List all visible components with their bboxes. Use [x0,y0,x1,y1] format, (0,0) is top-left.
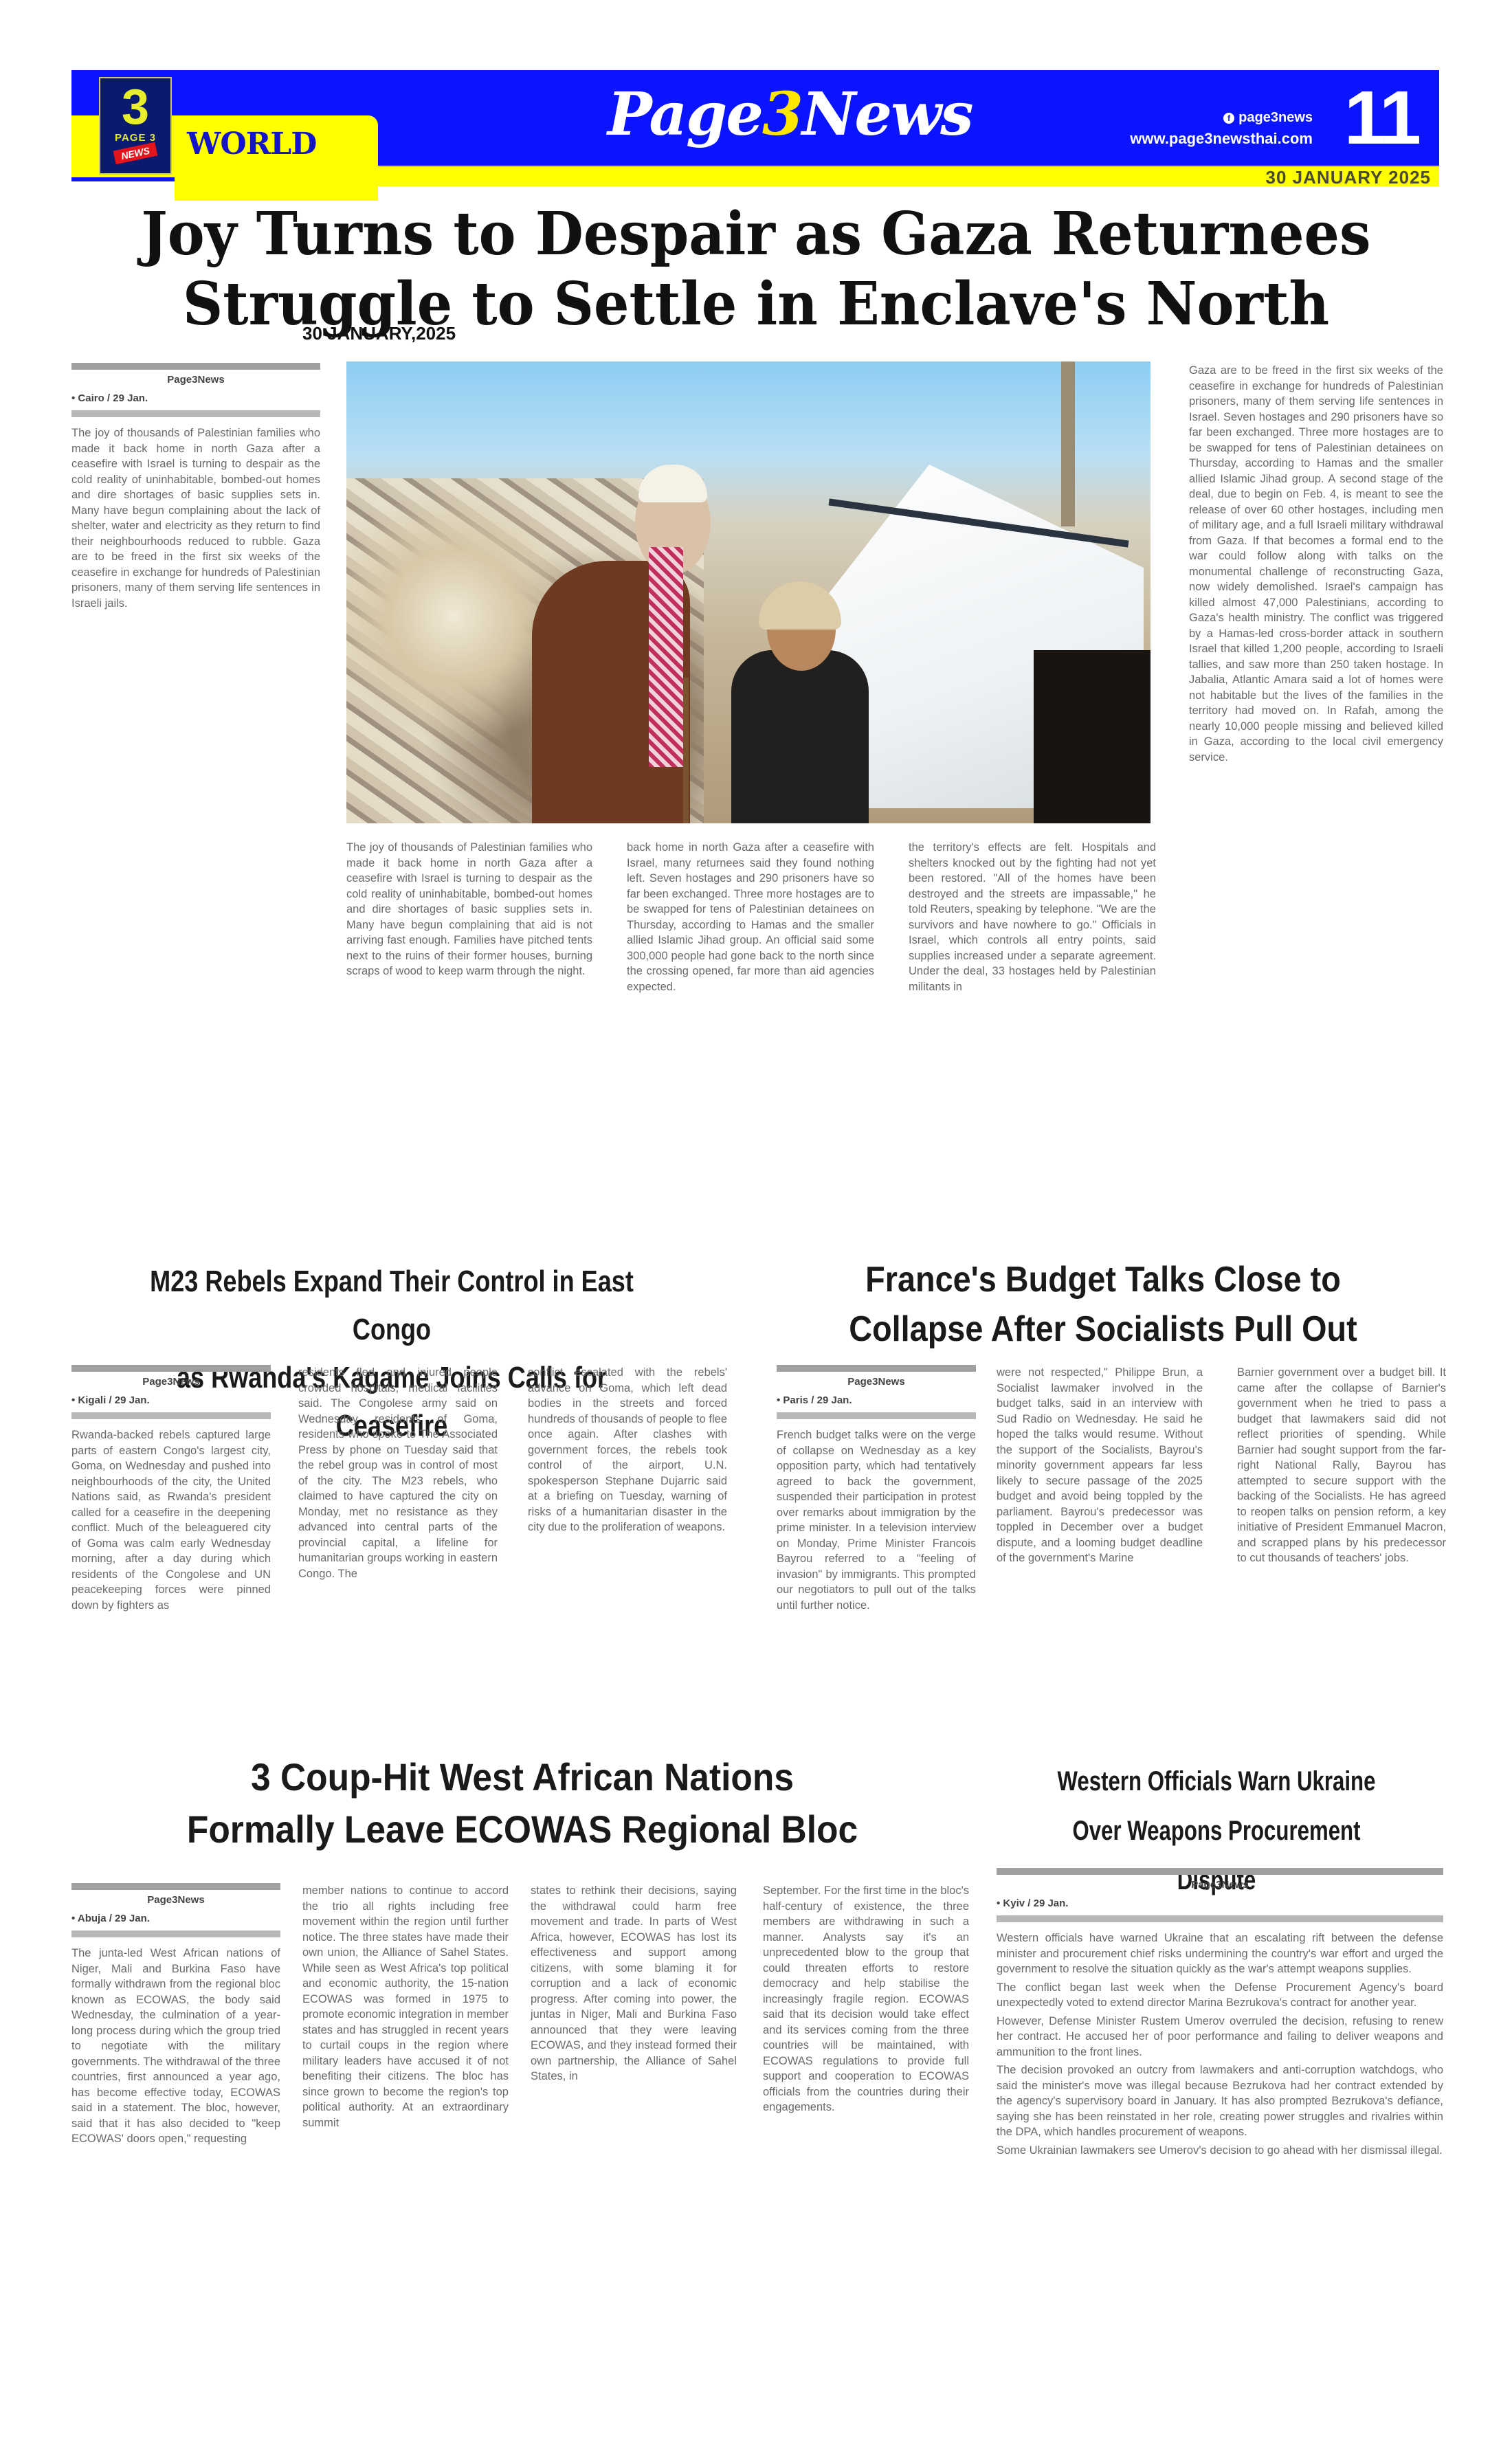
article-text: back home in north Gaza after a ceasefir… [627,840,874,994]
photo-cane [683,678,689,823]
article-text: Western officials have warned Ukraine th… [997,1930,1443,1977]
ecowas-headline: 3 Coup-Hit West African Nations Formally… [105,1751,940,1856]
article-text: Barnier government over a budget bill. I… [1237,1365,1446,1566]
article-text: The junta-led West African nations of Ni… [71,1946,280,2147]
lead-credit: Page3News Cairo / 29 Jan. [71,363,320,417]
credit-source: Page3News [777,1375,976,1390]
ukraine-headline-line1: Western Officials Warn Ukraine [1040,1757,1394,1806]
france-headline-line2: Collapse After Socialists Pull Out [791,1304,1416,1354]
ecowas-credit: Page3News Abuja / 29 Jan. [71,1883,280,1937]
credit-source: Page3News [997,1878,1443,1893]
logo-line2: NEWS [113,142,158,164]
facebook-handle: page3news [1238,110,1313,125]
ecowas-headline-line1: 3 Coup-Hit West African Nations [105,1751,940,1803]
ecowas-column-3: states to rethink their decisions, sayin… [531,1883,737,2433]
france-column-1: Page3News Paris / 29 Jan. French budget … [777,1365,976,1736]
lead-column-4: the territory's effects are felt. Hospit… [909,840,1156,1236]
facebook-icon: f [1223,113,1234,124]
credit-source: Page3News [71,372,320,388]
photo-scarf [649,547,683,767]
credit-location: Paris / 29 Jan. [777,1393,976,1409]
article-text: the territory's effects are felt. Hospit… [909,840,1156,994]
congo-column-3: conflict escalated with the rebels' adva… [528,1365,727,1736]
france-column-2: were not respected," Philippe Brun, a So… [997,1365,1203,1736]
page-number: 11 [1344,77,1419,159]
article-text: The joy of thousands of Palestinian fami… [71,425,320,611]
page3news-logo: 3 PAGE 3 NEWS [99,77,172,175]
france-credit: Page3News Paris / 29 Jan. [777,1365,976,1419]
lead-headline: Joy Turns to Despair as Gaza Returnees S… [104,199,1409,340]
lead-date: 30 JANUARY,2025 [302,323,456,344]
lead-column-1: Page3News Cairo / 29 Jan. The joy of tho… [71,363,320,1236]
credit-location: Abuja / 29 Jan. [71,1911,280,1927]
article-text: The conflict began last week when the De… [997,1980,1443,2011]
article-text: However, Defense Minister Rustem Umerov … [997,2014,1443,2060]
ecowas-headline-line2: Formally Leave ECOWAS Regional Bloc [105,1803,940,1856]
ecowas-column-2: member nations to continue to accord the… [302,1883,509,2433]
credit-location: Kyiv / 29 Jan. [997,1896,1443,1912]
ukraine-column: Page3News Kyiv / 29 Jan. Western officia… [997,1868,1443,2432]
brand-prefix: Page [608,80,762,149]
ukraine-credit: Page3News Kyiv / 29 Jan. [997,1868,1443,1922]
ecowas-column-1: Page3News Abuja / 29 Jan. The junta-led … [71,1883,280,2433]
photo-boy-cap [759,581,841,630]
lead-column-3: back home in north Gaza after a ceasefir… [627,840,874,1236]
lead-headline-line2: Struggle to Settle in Enclave's North [104,269,1409,340]
ecowas-column-4: September. For the first time in the blo… [763,1883,969,2433]
photo-man-cap [638,465,707,502]
article-text: Some Ukrainian lawmakers see Umerov's de… [997,2143,1443,2159]
lead-photo [346,361,1150,823]
lead-column-5: Gaza are to be freed in the first six we… [1189,363,1443,1236]
congo-column-1: Page3News Kigali / 29 Jan. Rwanda-backed… [71,1365,271,1736]
article-text: French budget talks were on the verge of… [777,1427,976,1613]
credit-location: Cairo / 29 Jan. [71,391,320,407]
congo-credit: Page3News Kigali / 29 Jan. [71,1365,271,1419]
credit-source: Page3News [71,1893,280,1909]
logo-numeral: 3 [122,82,149,132]
france-column-3: Barnier government over a budget bill. I… [1237,1365,1446,1736]
lead-column-2: The joy of thousands of Palestinian fami… [346,840,592,1236]
article-text: were not respected," Philippe Brun, a So… [997,1365,1203,1566]
congo-column-2: residents fled and injured people crowde… [298,1365,498,1736]
brand-numeral: 3 [762,80,802,149]
photo-tent-opening [1034,650,1150,823]
article-text: states to rethink their decisions, sayin… [531,1883,737,2084]
photo-pole [1061,361,1075,526]
credit-source: Page3News [71,1375,271,1390]
article-text: The joy of thousands of Palestinian fami… [346,840,592,979]
section-label: WORLD [187,126,316,162]
brand-wordmark: Page3News [608,80,972,149]
article-text: member nations to continue to accord the… [302,1883,509,2130]
social-links: fpage3news www.page3newsthai.com [1130,110,1313,148]
article-text: Rwanda-backed rebels captured large part… [71,1427,271,1613]
article-text: Gaza are to be freed in the first six we… [1189,363,1443,765]
brand-suffix: News [802,80,972,149]
article-text: The decision provoked an outcry from law… [997,2062,1443,2140]
france-headline: France's Budget Talks Close to Collapse … [791,1255,1416,1354]
masthead: 3 PAGE 3 NEWS WORLD Page3News fpage3news… [71,70,1439,181]
lead-headline-line1: Joy Turns to Despair as Gaza Returnees [104,199,1409,269]
credit-location: Kigali / 29 Jan. [71,1393,271,1409]
photo-boy [731,650,869,823]
congo-headline-line1: M23 Rebels Expand Their Control in East … [127,1258,657,1354]
website-url: www.page3newsthai.com [1130,130,1313,148]
article-text: conflict escalated with the rebels' adva… [528,1365,727,1535]
issue-date: 30 JANUARY 2025 [1266,167,1431,188]
article-text: September. For the first time in the blo… [763,1883,969,2115]
logo-line1: PAGE 3 [115,132,156,144]
france-headline-line1: France's Budget Talks Close to [791,1255,1416,1304]
article-text: residents fled and injured people crowde… [298,1365,498,1581]
